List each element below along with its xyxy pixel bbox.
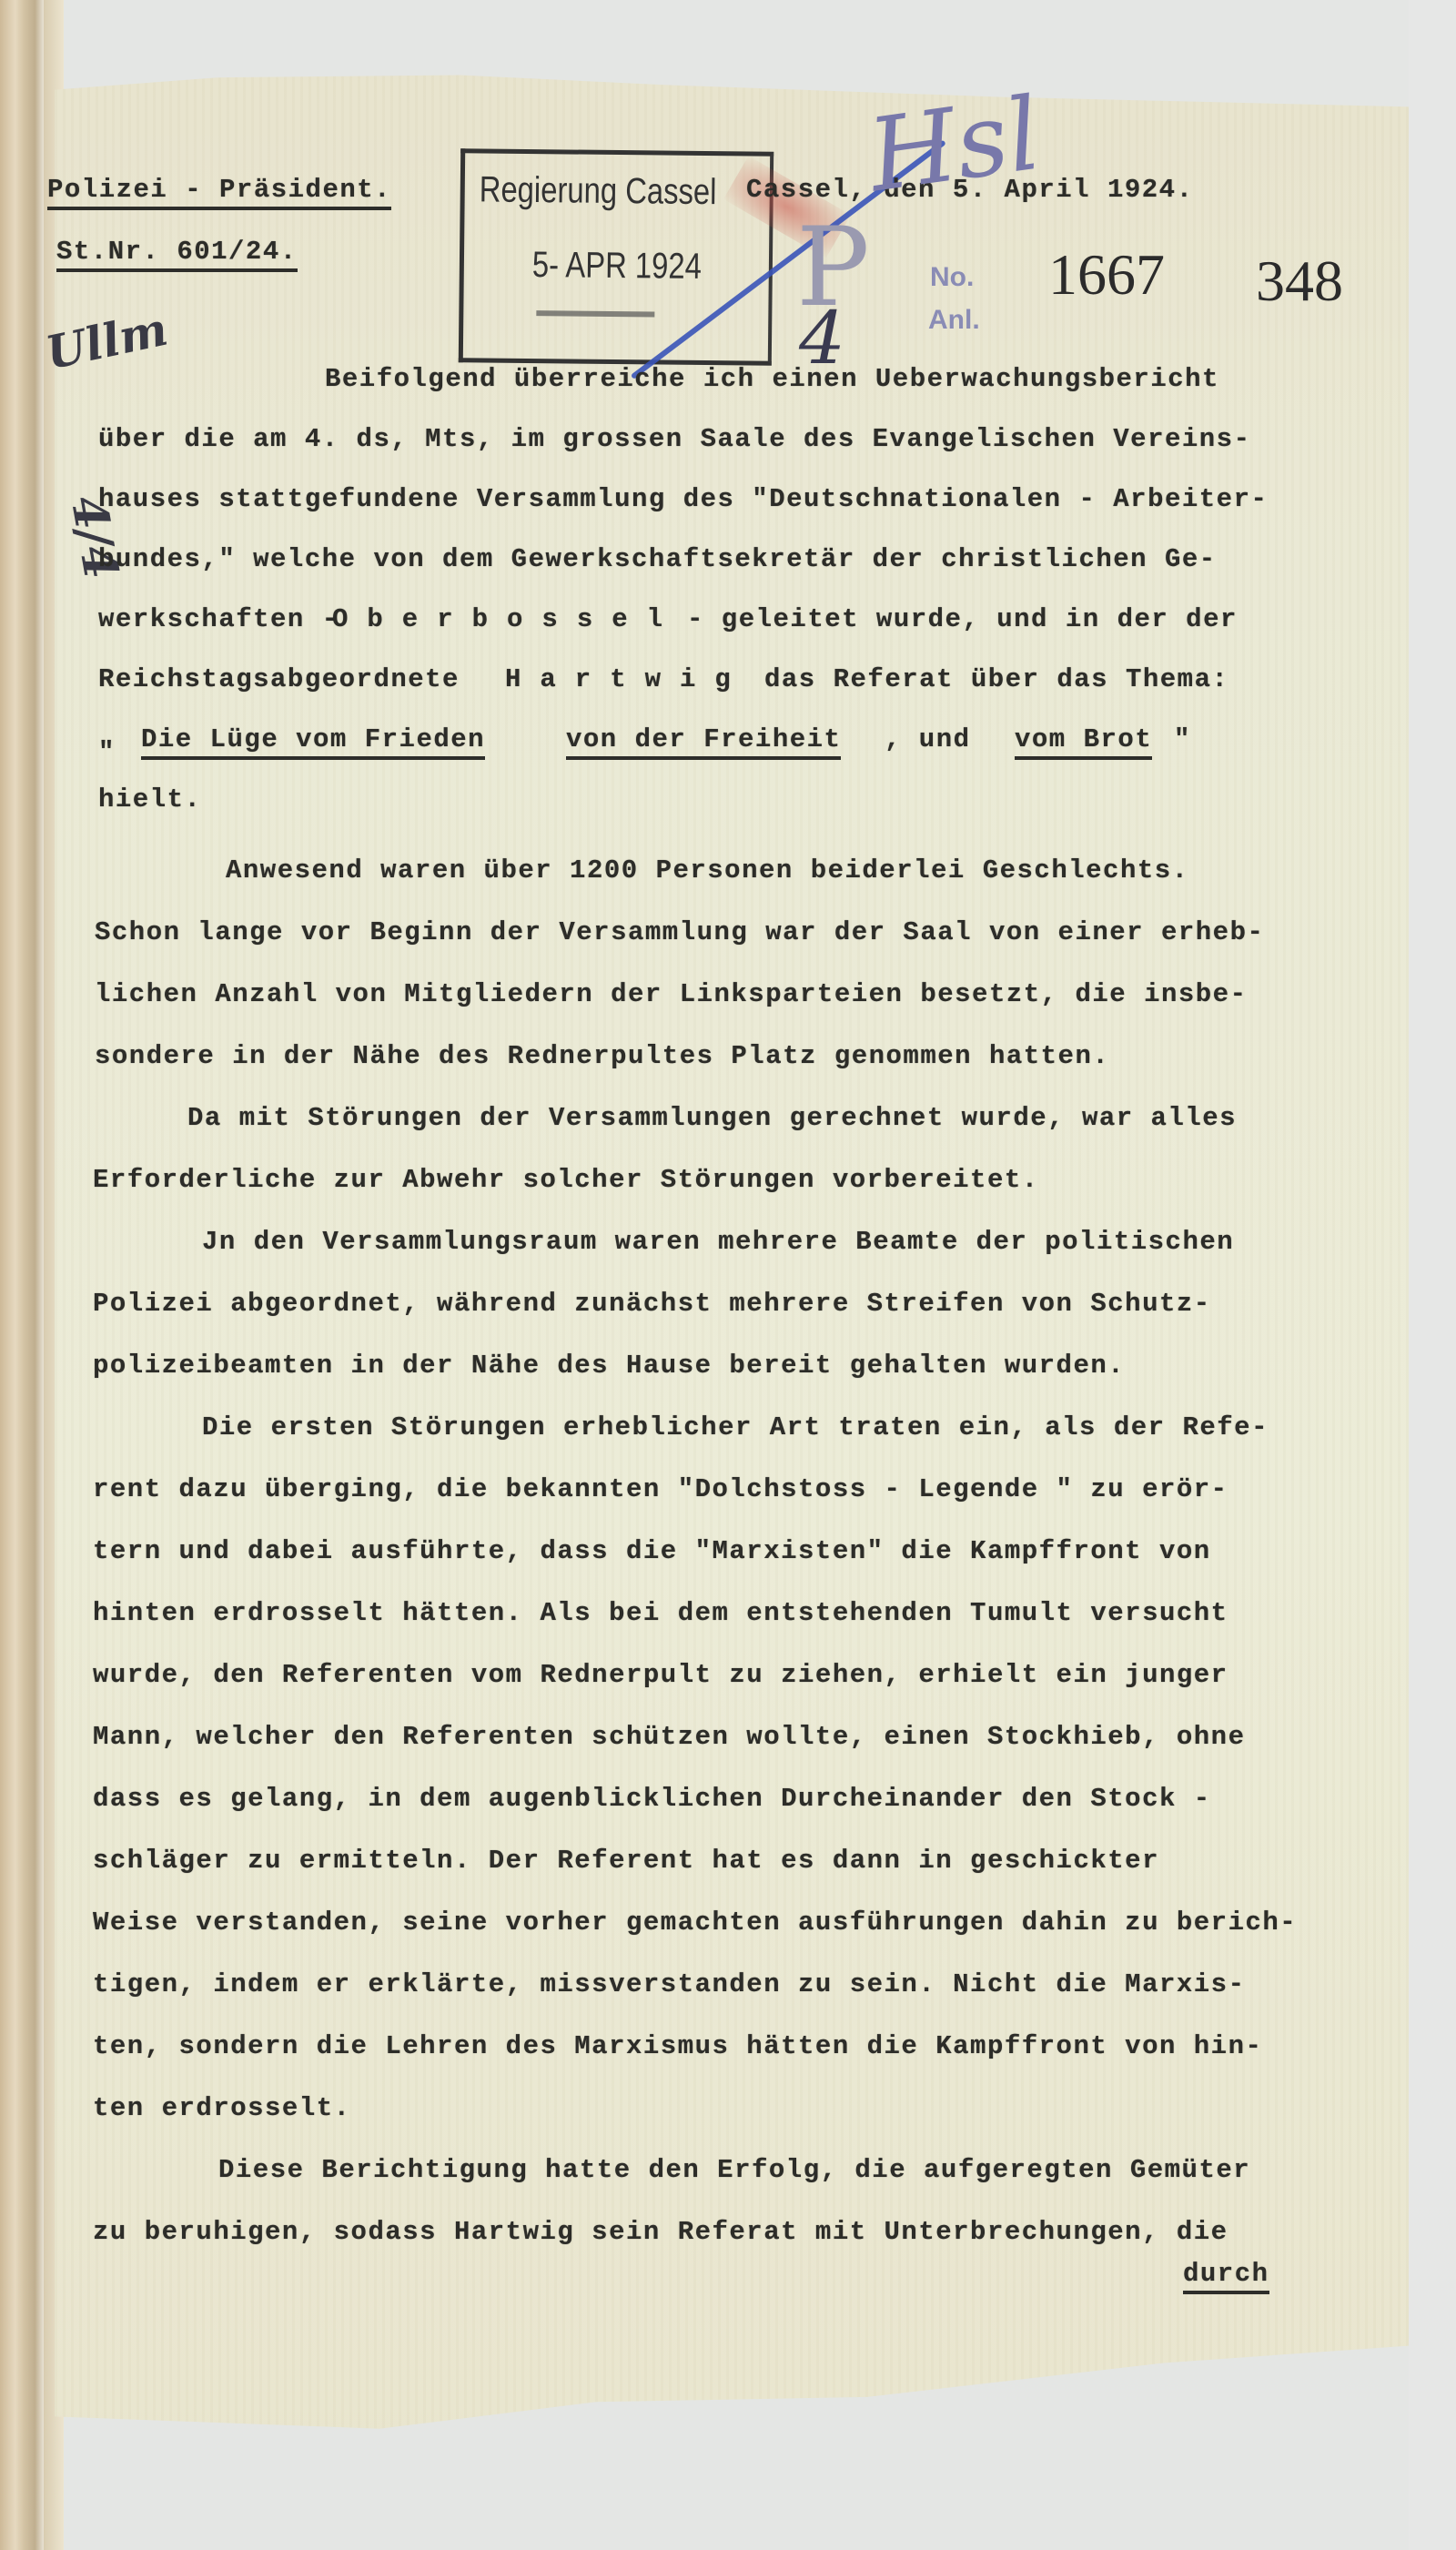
body-line: sondere in der Nähe des Rednerpultes Pla… (95, 1041, 1109, 1071)
body-line: rent dazu überging, die bekannten "Dolch… (93, 1474, 1228, 1504)
topic-luege-vom-frieden: Die Lüge vom Frieden (141, 724, 485, 760)
body-line: Polizei abgeordnet, während zunächst meh… (93, 1289, 1211, 1319)
office-heading: Polizei - Präsident. (47, 175, 391, 210)
topic-freiheit: von der Freiheit (566, 724, 841, 760)
received-stamp: Regierung Cassel 5- APR 1924 (459, 148, 773, 366)
body-line: wurde, den Referenten vom Rednerpult zu … (93, 1660, 1228, 1690)
reference-number: St.Nr. 601/24. (56, 237, 298, 272)
folio-number: 348 (1256, 248, 1343, 315)
body-line: bundes," welche von dem Gewerkschaftsekr… (98, 544, 1217, 574)
name-oberbossel: Oberbossel (332, 604, 682, 634)
body-line: schläger zu ermitteln. Der Referent hat … (93, 1846, 1159, 1876)
body-line: Anwesend waren über 1200 Personen beider… (226, 855, 1189, 885)
body-line: tigen, indem er erklärte, missverstanden… (93, 1969, 1246, 1999)
body-line: Jn den Versammlungsraum waren mehrere Be… (202, 1227, 1234, 1257)
body-line: zu beruhigen, sodass Hartwig sein Refera… (93, 2217, 1228, 2247)
body-line: lichen Anzahl von Mitgliedern der Linksp… (95, 979, 1248, 1009)
body-line: werkschaften - (98, 604, 339, 634)
attachment-label-stamp: Anl. (928, 305, 980, 336)
body-line: tern und dabei ausführte, dass die "Marx… (93, 1536, 1211, 1566)
body-line: Diese Berichtigung hatte den Erfolg, die… (218, 2155, 1250, 2185)
body-line: dass es gelang, in dem augenblicklichen … (93, 1784, 1211, 1814)
number-label-stamp: No. (930, 262, 974, 293)
stamp-date: 5- APR 1924 (532, 245, 702, 288)
catchword-durch: durch (1183, 2259, 1269, 2294)
body-line: - geleitet wurde, und in der der (687, 604, 1238, 634)
body-line: das Referat über das Thema: (764, 664, 1228, 694)
receipt-number: 1667 (1048, 241, 1165, 309)
body-line: hinten erdrosselt hätten. Als bei dem en… (93, 1598, 1228, 1628)
body-line: hielt. (98, 784, 201, 815)
body-line: , und (885, 724, 971, 754)
book-binding-edge (0, 0, 45, 2550)
stamp-signature-line (536, 310, 654, 317)
body-line: Die ersten Störungen erheblicher Art tra… (202, 1412, 1269, 1442)
body-line: Reichstagsabgeordnete (98, 664, 460, 694)
quote-close: " (1174, 724, 1191, 754)
stamp-office: Regierung Cassel (480, 169, 717, 213)
quote-open: " (98, 737, 116, 767)
body-line: Mann, welcher den Referenten schützen wo… (93, 1722, 1246, 1752)
name-hartwig: Hartwig (505, 664, 750, 694)
body-line: über die am 4. ds, Mts, im grossen Saale… (98, 424, 1251, 454)
scan-background-right (1409, 0, 1456, 2550)
handwritten-initials: Hsl (862, 76, 1047, 215)
topic-brot: vom Brot (1015, 724, 1152, 760)
body-line: hauses stattgefundene Versammlung des "D… (98, 484, 1268, 514)
body-line: ten, sondern die Lehren des Marxismus hä… (93, 2031, 1262, 2061)
body-line: Da mit Störungen der Versammlungen gerec… (187, 1103, 1237, 1133)
body-line: ten erdrosselt. (93, 2093, 351, 2123)
body-line: Weise verstanden, seine vorher gemachten… (93, 1907, 1297, 1938)
body-line: polizeibeamten in der Nähe des Hause ber… (93, 1351, 1125, 1381)
body-line: Schon lange vor Beginn der Versammlung w… (95, 917, 1264, 947)
body-line: Beifolgend überreiche ich einen Ueberwac… (325, 364, 1219, 394)
body-line: Erforderliche zur Abwehr solcher Störung… (93, 1165, 1039, 1195)
